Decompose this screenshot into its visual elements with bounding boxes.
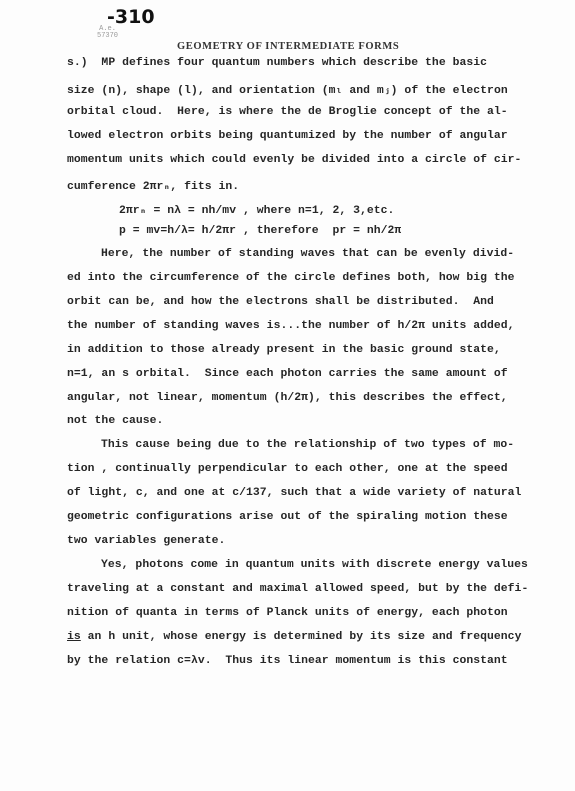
text-line: orbital cloud. Here, is where the de Bro… [67, 106, 508, 118]
text-line: of light, c, and one at c/137, such that… [67, 487, 521, 499]
text-line: orbit can be, and how the electrons shal… [67, 296, 494, 308]
text-line: nition of quanta in terms of Planck unit… [67, 607, 508, 619]
equation-line: 2πrₙ = nλ = nh/mv , where n=1, 2, 3,etc. [119, 202, 394, 217]
text-segment: an h unit, whose energy is determined by… [81, 631, 522, 643]
text-line: s.) MP defines four quantum numbers whic… [67, 57, 487, 69]
text-line: the number of standing waves is...the nu… [67, 320, 515, 332]
archive-stamp: A.e. 57370 [97, 26, 118, 40]
equation-line: p = mv=h/λ= h/2πr , therefore pr = nh/2π [119, 225, 401, 237]
text-line: This cause being due to the relationship… [101, 439, 514, 451]
text-line: cumference 2πrₙ, fits in. [67, 178, 239, 193]
text-line: n=1, an s orbital. Since each photon car… [67, 368, 508, 380]
text-line: momentum units which could evenly be div… [67, 154, 521, 166]
text-line: size (n), shape (l), and orientation (mₗ… [67, 82, 508, 97]
text-line: lowed electron orbits being quantumized … [67, 130, 508, 142]
text-line: not the cause. [67, 415, 163, 427]
text-line: two variables generate. [67, 535, 225, 547]
document-page: -310 A.e. 57370 GEOMETRY OF INTERMEDIATE… [0, 0, 575, 791]
text-line: in addition to those already present in … [67, 344, 501, 356]
text-line: by the relation c=λv. Thus its linear mo… [67, 655, 508, 667]
text-line: Here, the number of standing waves that … [101, 248, 514, 260]
text-line: Yes, photons come in quantum units with … [101, 559, 528, 571]
text-line: tion , continually perpendicular to each… [67, 463, 508, 475]
text-line: traveling at a constant and maximal allo… [67, 583, 528, 595]
text-line: is an h unit, whose energy is determined… [67, 631, 521, 643]
underlined-word: is [67, 631, 81, 643]
text-line: angular, not linear, momentum (h/2π), th… [67, 392, 508, 404]
page-title: GEOMETRY OF INTERMEDIATE FORMS [177, 41, 399, 52]
text-line: ed into the circumference of the circle … [67, 272, 515, 284]
text-line: geometric configurations arise out of th… [67, 511, 508, 523]
archive-stamp-line: 57370 [97, 33, 118, 40]
